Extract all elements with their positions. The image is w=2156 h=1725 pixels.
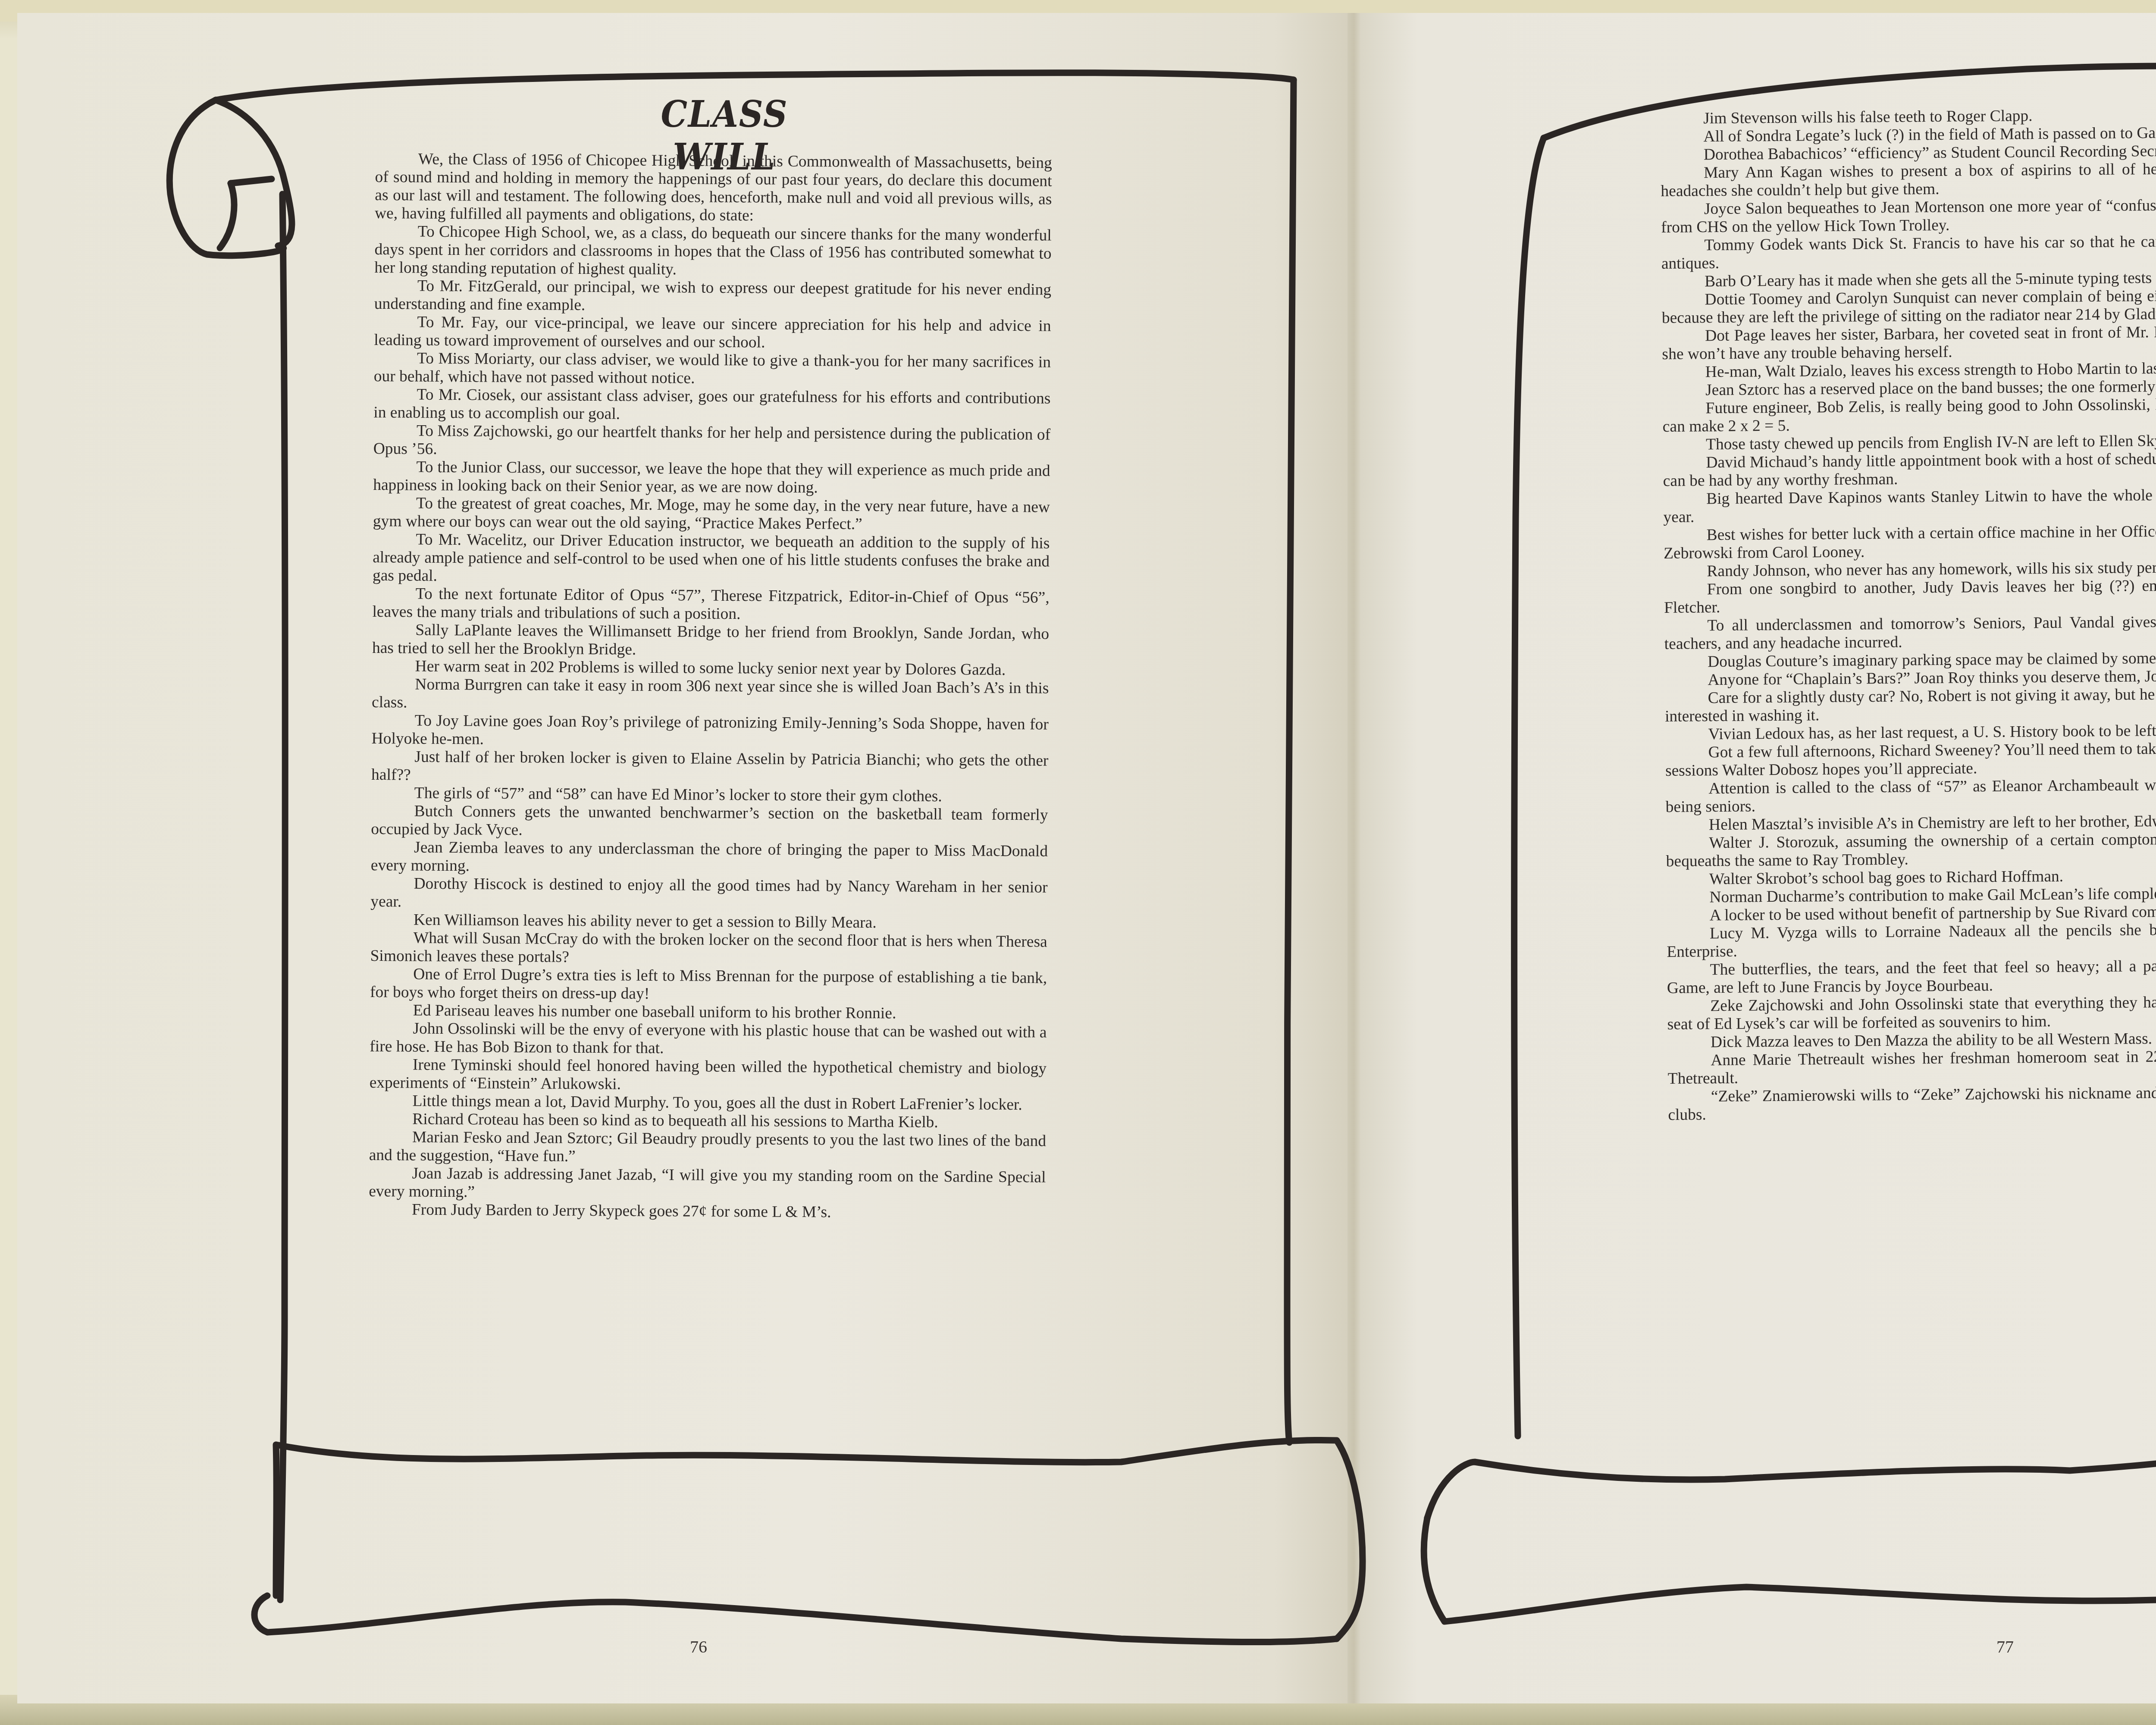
will-paragraph: Attention is called to the class of “57”…	[1665, 775, 2156, 816]
will-paragraph: To Mr. Wacelitz, our Driver Education in…	[373, 530, 1050, 589]
page-number-right: 77	[1996, 1637, 2014, 1657]
will-paragraph: To all underclassmen and tomorrow’s Seni…	[1664, 612, 2156, 653]
class-will-text-right: Jim Stevenson wills his false teeth to R…	[1660, 105, 2156, 1124]
book-gutter	[1347, 13, 1360, 1703]
will-paragraph: Big hearted Dave Kapinos wants Stanley L…	[1663, 485, 2156, 527]
will-paragraph: Walter J. Storozuk, assuming the ownersh…	[1666, 829, 2156, 871]
will-paragraph: What will Susan McCray do with the broke…	[370, 929, 1047, 969]
will-paragraph: Norma Burrgren can take it easy in room …	[372, 675, 1049, 716]
will-paragraph: To Mr. Fay, our vice-principal, we leave…	[374, 313, 1051, 354]
will-paragraph: Best wishes for better luck with a certa…	[1664, 521, 2156, 563]
will-paragraph: From one songbird to another, Judy Davis…	[1664, 576, 2156, 617]
will-paragraph: One of Errol Dugre’s extra ties is left …	[370, 965, 1047, 1006]
will-paragraph: David Michaud’s handy little appointment…	[1663, 449, 2156, 490]
will-paragraph: Dorothy Hiscock is destined to enjoy all…	[370, 875, 1047, 915]
will-paragraph: Future engineer, Bob Zelis, is really be…	[1662, 395, 2156, 436]
will-paragraph: “Zeke” Znamierowski wills to “Zeke” Zajc…	[1668, 1083, 2156, 1124]
will-paragraph: To the next fortunate Editor of Opus “57…	[372, 585, 1049, 625]
class-will-text-left: We, the Class of 1956 of Chicopee High S…	[369, 150, 1052, 1223]
will-paragraph: Mary Ann Kagan wishes to present a box o…	[1661, 159, 2156, 201]
will-paragraph: Anne Marie Thetreault wishes her freshma…	[1667, 1047, 2156, 1088]
will-paragraph: Zeke Zajchowski and John Ossolinski stat…	[1667, 992, 2156, 1034]
will-paragraph: Just half of her broken locker is given …	[371, 748, 1048, 788]
will-paragraph: Butch Conners gets the unwanted benchwar…	[371, 802, 1048, 843]
will-paragraph: Lucy M. Vyzga wills to Lorraine Nadeaux …	[1667, 920, 2156, 961]
page-number-left: 76	[690, 1637, 707, 1657]
will-paragraph: Dottie Toomey and Carolyn Sunquist can n…	[1661, 286, 2156, 327]
will-paragraph: Dot Page leaves her sister, Barbara, her…	[1662, 322, 2156, 364]
will-paragraph: Sally LaPlante leaves the Willimansett B…	[372, 621, 1049, 662]
will-paragraph: Irene Tyminski should feel honored havin…	[370, 1056, 1047, 1096]
will-paragraph: To Joy Lavine goes Joan Roy’s privilege …	[372, 712, 1049, 752]
open-book: CLASS WILL We, the Class of 1956 of Chic…	[0, 0, 2156, 1725]
will-paragraph: To Mr. FitzGerald, our principal, we wis…	[374, 277, 1051, 317]
will-paragraph: To Mr. Ciosek, our assistant class advis…	[373, 386, 1050, 426]
will-paragraph: We, the Class of 1956 of Chicopee High S…	[375, 150, 1052, 227]
will-paragraph: Marian Fesko and Jean Sztorc; Gil Beaudr…	[369, 1128, 1046, 1169]
will-paragraph: To Miss Moriarty, our class adviser, we …	[374, 349, 1051, 390]
will-paragraph: To Miss Zajchowski, go our heartfelt tha…	[373, 422, 1050, 462]
will-paragraph: To the greatest of great coaches, Mr. Mo…	[373, 494, 1050, 535]
will-paragraph: To Chicopee High School, we, as a class,…	[374, 223, 1052, 281]
will-paragraph: Got a few full afternoons, Richard Sween…	[1665, 739, 2156, 780]
will-paragraph: The butterflies, the tears, and the feet…	[1667, 956, 2156, 997]
will-paragraph: Joyce Salon bequeathes to Jean Mortenson…	[1661, 195, 2156, 237]
will-paragraph: Joan Jazab is addressing Janet Jazab, “I…	[369, 1164, 1046, 1205]
will-paragraph: Care for a slightly dusty car? No, Rober…	[1665, 684, 2156, 726]
will-paragraph: Tommy Godek wants Dick St. Francis to ha…	[1661, 232, 2156, 273]
will-paragraph: John Ossolinski will be the envy of ever…	[370, 1019, 1047, 1060]
will-paragraph: To the Junior Class, our successor, we l…	[373, 458, 1050, 499]
will-paragraph: Jean Ziemba leaves to any underclassman …	[371, 838, 1048, 879]
